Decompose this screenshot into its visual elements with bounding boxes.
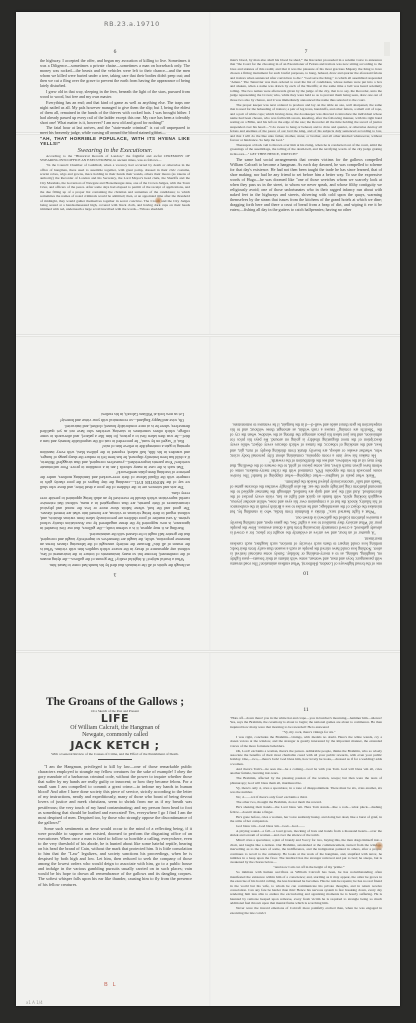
horizontal-fold-middle (16, 334, 400, 337)
jack-ketch-heading: JACK KETCH ; (38, 739, 192, 752)
section-heading: Swearing in the Executioner. (40, 148, 190, 153)
vertical-fold (209, 12, 211, 1006)
main-title: The Groans of the Gallows ; (38, 696, 192, 709)
subject-line-2: Newgate, commonly called (38, 732, 192, 739)
paragraph: I grew old in that way, sleeping in the … (40, 89, 190, 99)
paragraph: the highway. I accepted the offer, and b… (40, 58, 190, 88)
paragraph: Thereupon a black veil is thrown over hi… (230, 143, 382, 156)
paragraph: The proper keeper was next ordered to pr… (230, 103, 382, 143)
paragraph: Never were the inward emotions of Calcra… (230, 906, 382, 915)
foxing-spot (375, 842, 383, 850)
page-11-panel: 11 "Hats off—down there! you in the whit… (230, 708, 382, 916)
paragraph: He makes his way into a room opposite, c… (230, 423, 382, 458)
paper-edge-tab (384, 42, 390, 56)
paragraph: He's shaking their hands—the Lord bless … (230, 805, 382, 814)
paragraph: man's blood, by man also shall his blood… (230, 58, 382, 102)
paragraph: And there's Tom's—he sees me—he a coming… (230, 767, 382, 776)
life-heading: LIFE (38, 713, 192, 725)
paragraph: The Brahmin, affected by the pleasing pa… (230, 776, 382, 785)
paragraph: one of the broad highways of London, (Ho… (230, 536, 382, 566)
paragraph: as though the spirits of all the crimina… (40, 563, 190, 568)
paragraph: "I am the Hangman, privileged to kill by… (38, 764, 192, 825)
stamp-text: B L (104, 982, 117, 988)
page-6-panel: 6 the highway. I accepted the offer, and… (40, 50, 190, 212)
title-block: The Groans of the Gallows ; Or a Sketch … (38, 696, 192, 760)
page-10-panel-inverted: 10 one of the broad highways of London, … (230, 422, 382, 574)
paragraph: Everything has an end; and that kind of … (40, 100, 190, 125)
paragraph: "A quarter of an hour, and we arrive at … (230, 515, 382, 535)
pencil-annotation: x1 A 1/4 (26, 1000, 43, 1005)
divider-rule (98, 759, 132, 760)
paragraph: "Vy, my cock, there's vinings for six." (230, 730, 382, 734)
paragraph: Vy, there's only 4, cries a speculator, … (230, 786, 382, 795)
paragraph: "Hark what peals of laughter—what clappi… (230, 459, 382, 479)
paragraph: God bless 'em—God bless 'em—God—God—— (230, 824, 382, 828)
page-7-panel: 7 man's blood, by man also shall his blo… (230, 50, 382, 213)
foxing-spot (155, 197, 162, 204)
horizontal-fold-lower (16, 650, 400, 653)
paragraph: Oh, wise and happy England—so economical… (40, 418, 190, 423)
review-line: With a General Review of the Causes of C… (38, 752, 192, 756)
subject-line: Of William Calcraft, the Hangman of (38, 725, 192, 732)
broadside-sheet: RB.23.a.19710 6 the highway. I accepted … (16, 12, 400, 1006)
paragraph: So intimate with human sacrifices as Wil… (230, 870, 382, 905)
paragraph: The arts and sciences are to the childre… (40, 470, 190, 490)
paragraph: "What a light hearted race," thinks a Br… (230, 479, 382, 514)
page-number: 7 (230, 50, 382, 55)
library-stamp: B L (104, 982, 117, 988)
paragraph: "And now I am cut off in the height of m… (230, 865, 382, 869)
page-3-panel-inverted: 3 as though the spirits of all the crimi… (40, 412, 190, 576)
paragraph: Let us now look at William Calcraft, in … (40, 413, 190, 418)
paragraph: Oh, Lord! exclaims a woman, there's the … (230, 749, 382, 767)
paragraph: Some such sentiments as these would occu… (38, 826, 192, 887)
paragraph: The other two, thought the Brahmin, do n… (230, 800, 382, 804)
page-number: 3 (40, 571, 190, 576)
page-number: 10 (230, 569, 382, 574)
paragraph: "Hats off—down there! you in the white h… (230, 716, 382, 729)
paragraph: A pitying sound—a fall—a loud groan, moc… (230, 829, 382, 838)
caps-quote: "AH, THAT HORRIBLE POPULACE, WITH ITS HY… (40, 136, 190, 146)
paragraph: Mind! cries a speculator, a pint of bran… (230, 838, 382, 864)
paragraph: Startling as it may appear, it is a sole… (40, 491, 190, 531)
paragraph: According to the "Historical Records of … (40, 154, 190, 163)
title-page-panel: The Groans of the Gallows ; Or a Sketch … (38, 696, 192, 887)
page-number: 11 (230, 708, 382, 713)
page-number: 6 (40, 50, 190, 55)
paragraph: The same bad social arrangements that cr… (230, 157, 382, 213)
paragraph: No; d——n it if there's only four! exclai… (230, 795, 382, 799)
paragraph: But, if "urged on by want," he proceeded… (40, 424, 190, 444)
paragraph: I was right, concludes the Brahmin—vinin… (230, 735, 382, 748)
paragraph: He's gone before, cries a woman, her voi… (230, 815, 382, 824)
quoted-record: "In the Council Chamber of Guildhall, wh… (40, 163, 190, 211)
paragraph: That such is the case in many schools I … (40, 445, 190, 470)
paragraph: The fatal hour at last arrives, and the … (40, 125, 190, 135)
shelfmark: RB.23.a.19710 (104, 20, 160, 28)
paragraph: What a fearful subject! A frightful real… (40, 532, 190, 562)
